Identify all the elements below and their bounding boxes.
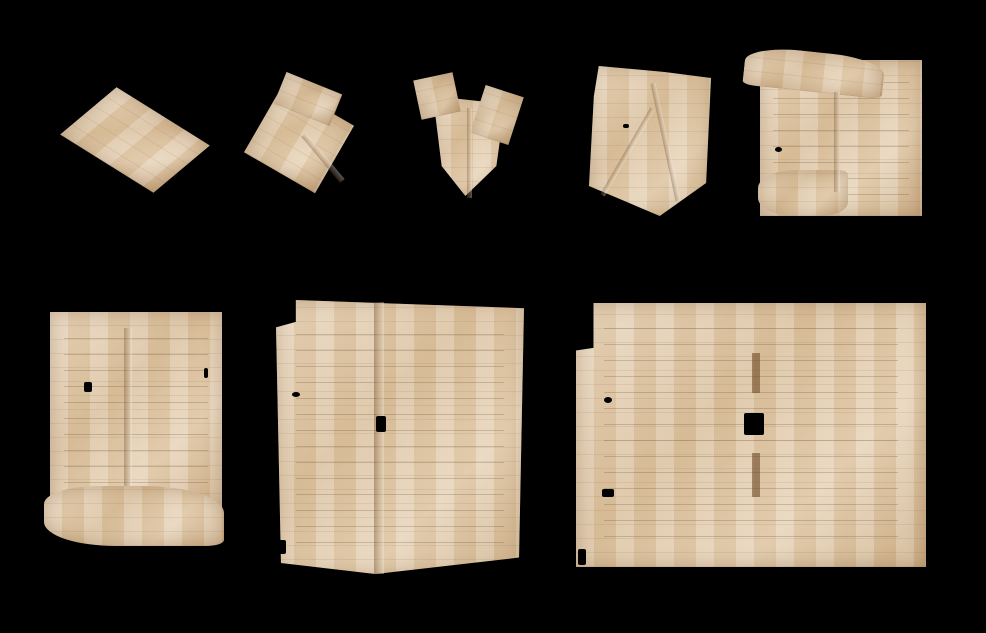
letter-stage-3 <box>415 68 530 208</box>
letter-stage-8 <box>576 303 928 569</box>
letter-stage-1 <box>62 95 207 190</box>
letter-stage-7 <box>272 296 527 576</box>
letter-stage-5 <box>742 52 927 222</box>
letter-stage-4 <box>585 62 715 222</box>
letter-stage-2 <box>248 78 373 196</box>
letter-stage-6 <box>44 308 230 550</box>
